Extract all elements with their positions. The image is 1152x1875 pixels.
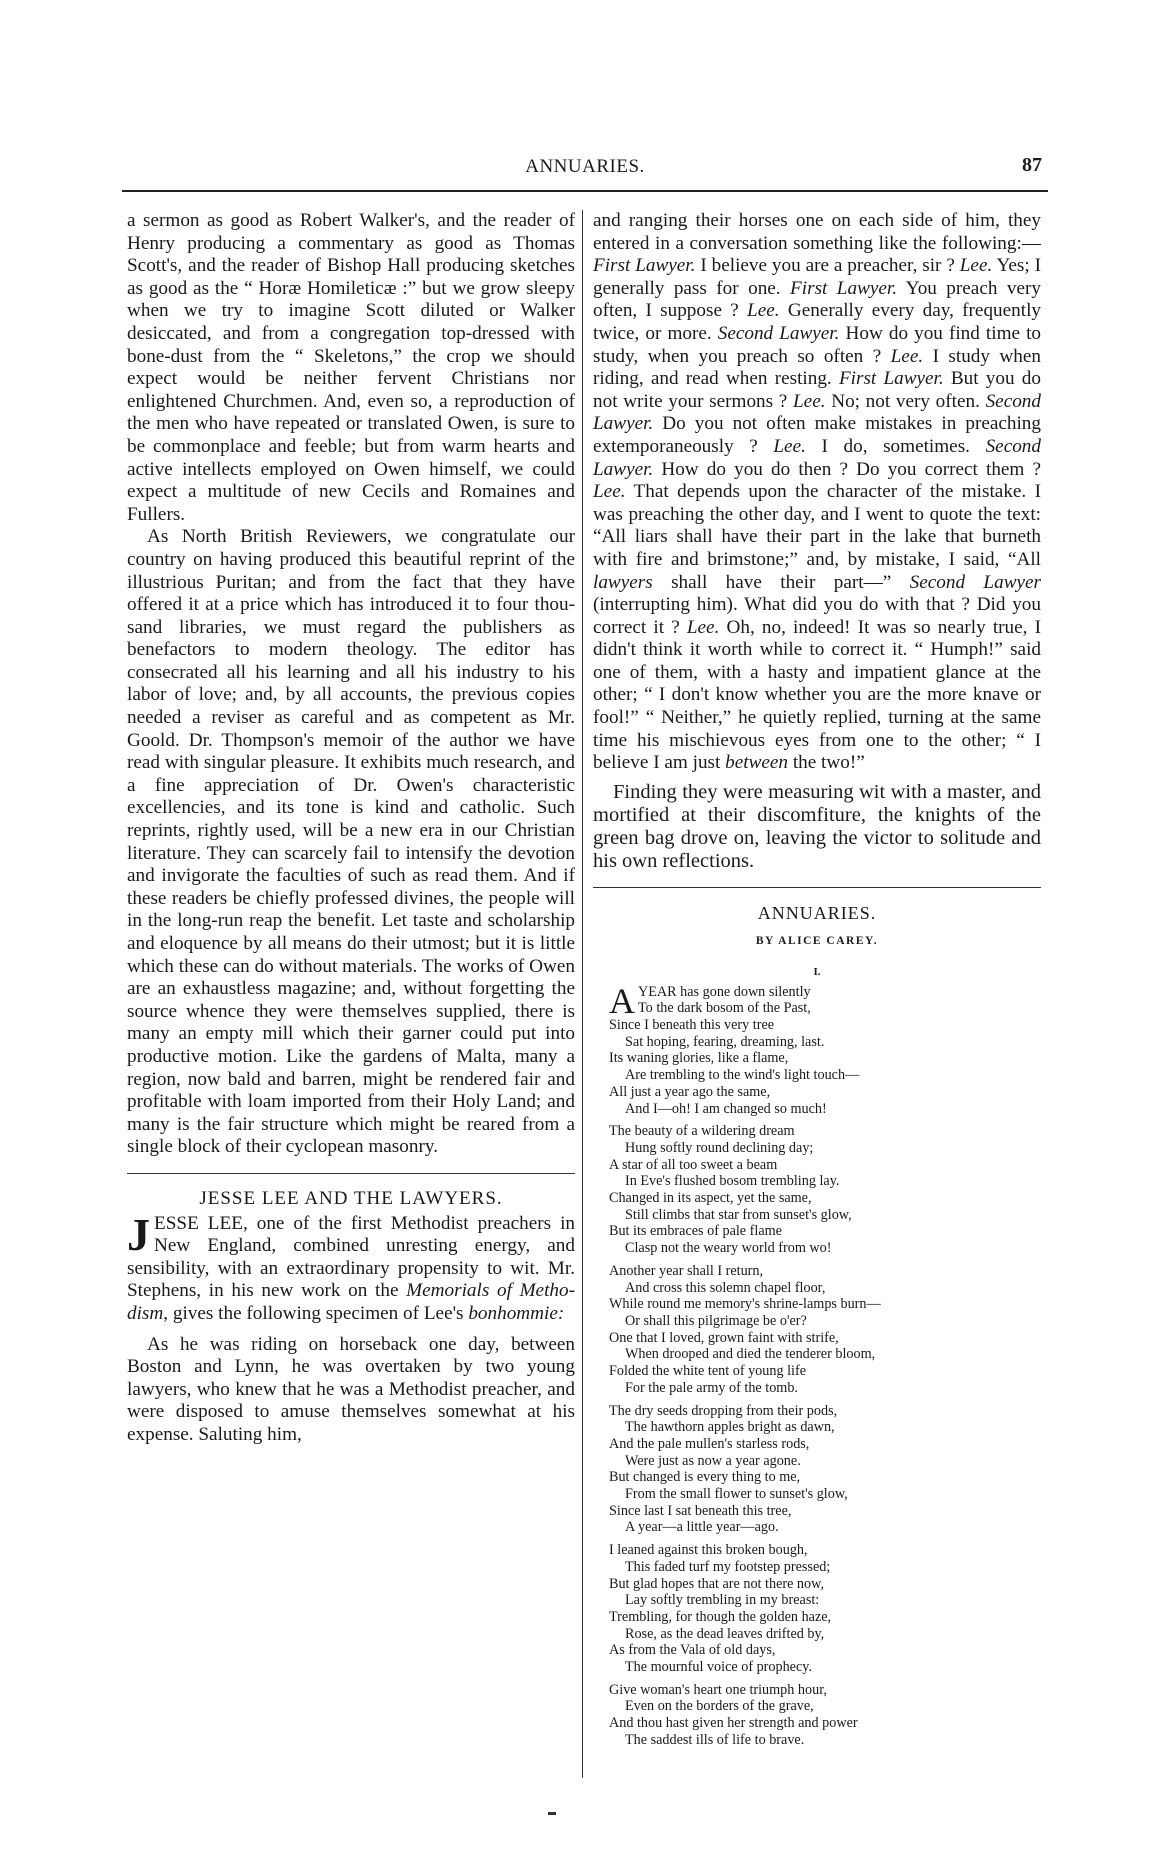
poem-line: I leaned against this broken bough, [609,1542,1041,1559]
poem-line: As from the Vala of old days, [609,1642,1041,1659]
poem-line: In Eve's flushed bosom trembling lay. [609,1173,1041,1190]
footer-mark [548,1812,556,1815]
poem-line: Rose, as the dead leaves drifted by, [609,1626,1041,1643]
poem-line: But glad hopes that are not there now, [609,1576,1041,1593]
paragraph: a sermon as good as Robert Walker's, and… [127,210,575,526]
poem-line: While round me memory's shrine-lamps bur… [609,1296,1041,1313]
poem-stanza: The dry seeds dropping from their pods,T… [609,1403,1041,1537]
poem-line: Lay softly trembling in my breast: [609,1592,1041,1609]
poem-line: The mournful voice of prophecy. [609,1659,1041,1676]
poem-stanza: AYEAR has gone down silentlyTo the dark … [609,984,1041,1118]
page-header: ANNUARIES. 87 [122,152,1048,192]
section-rule [593,887,1041,888]
header-rule [122,190,1048,192]
poem-line: A year—a little year—ago. [609,1519,1041,1536]
poem-title: ANNUARIES. [593,902,1041,925]
article-title: JESSE LEE AND THE LAWYERS. [127,1188,575,1211]
left-column: a sermon as good as Robert Walker's, and… [127,210,575,1446]
poem-section-numeral: I. [593,961,1041,984]
poem-line: Or shall this pilgrimage be o'er? [609,1313,1041,1330]
paragraph: As North British Reviewers, we congratu­… [127,526,575,1159]
poem-line: AYEAR has gone down silently [609,984,1041,1001]
poem-line: The saddest ills of life to brave. [609,1732,1041,1749]
closing-paragraph: Finding they were measuring wit with a m… [593,781,1041,873]
poem-line: To the dark bosom of the Past, [609,1000,1041,1017]
poem-line: From the small flower to sunset's glow, [609,1486,1041,1503]
running-title: ANNUARIES. [122,156,1048,178]
poem-line: Folded the white tent of young life [609,1363,1041,1380]
poem-line: Still climbs that star from sunset's glo… [609,1207,1041,1224]
poem-line: And thou hast given her strength and pow… [609,1715,1041,1732]
poem-stanza: Give woman's heart one triumph hour,Even… [609,1682,1041,1749]
article-intro: JESSE LEE, one of the first Methodist pr… [127,1213,575,1326]
poem-line: Another year shall I return, [609,1263,1041,1280]
story-paragraph: As he was riding on horseback one day, b… [127,1334,575,1447]
poem-drop-cap: A [609,986,635,1016]
poem-line: All just a year ago the same, [609,1084,1041,1101]
section-rule [127,1173,575,1174]
poem-line: But changed is every thing to me, [609,1469,1041,1486]
poem-line: And I—oh! I am changed so much! [609,1101,1041,1118]
poem-stanza: The beauty of a wildering dreamHung soft… [609,1123,1041,1257]
poem-line: Give woman's heart one triumph hour, [609,1682,1041,1699]
poem-line: Its waning glories, like a flame, [609,1050,1041,1067]
poem-line: This faded turf my footstep pressed; [609,1559,1041,1576]
poem-line: And the pale mullen's starless rods, [609,1436,1041,1453]
poem-author: BY ALICE CAREY. [593,930,1041,953]
poem-line: Were just as now a year agone. [609,1453,1041,1470]
right-column: and ranging their horses one on each sid… [593,210,1041,1755]
poem-stanza: I leaned against this broken bough,This … [609,1542,1041,1676]
poem-line: Even on the borders of the grave, [609,1698,1041,1715]
column-divider [582,210,583,1778]
poem-line: Changed in its aspect, yet the same, [609,1190,1041,1207]
page-number: 87 [1022,154,1042,177]
poem-line: One that I loved, grown faint with strif… [609,1330,1041,1347]
poem-stanza: Another year shall I return,And cross th… [609,1263,1041,1397]
poem-line: Are trembling to the wind's light touch— [609,1067,1041,1084]
poem-line: Since last I sat beneath this tree, [609,1503,1041,1520]
poem-line: The beauty of a wildering dream [609,1123,1041,1140]
poem-line: For the pale army of the tomb. [609,1380,1041,1397]
poem-line: A star of all too sweet a beam [609,1157,1041,1174]
poem-line: Since I beneath this very tree [609,1017,1041,1034]
poem-line: But its embraces of pale flame [609,1223,1041,1240]
dialogue-paragraph: and ranging their horses one on each sid… [593,210,1041,775]
poem-line: And cross this solemn chapel floor, [609,1280,1041,1297]
poem-line: Sat hoping, fearing, dreaming, last. [609,1034,1041,1051]
poem-line: Hung softly round declining day; [609,1140,1041,1157]
drop-cap: J [127,1215,150,1255]
poem-line: The dry seeds dropping from their pods, [609,1403,1041,1420]
poem-line: Clasp not the weary world from wo! [609,1240,1041,1257]
poem-line: When drooped and died the tenderer bloom… [609,1346,1041,1363]
poem-body: AYEAR has gone down silentlyTo the dark … [593,984,1041,1749]
poem-line: The hawthorn apples bright as dawn, [609,1419,1041,1436]
poem-line: Trembling, for though the golden haze, [609,1609,1041,1626]
